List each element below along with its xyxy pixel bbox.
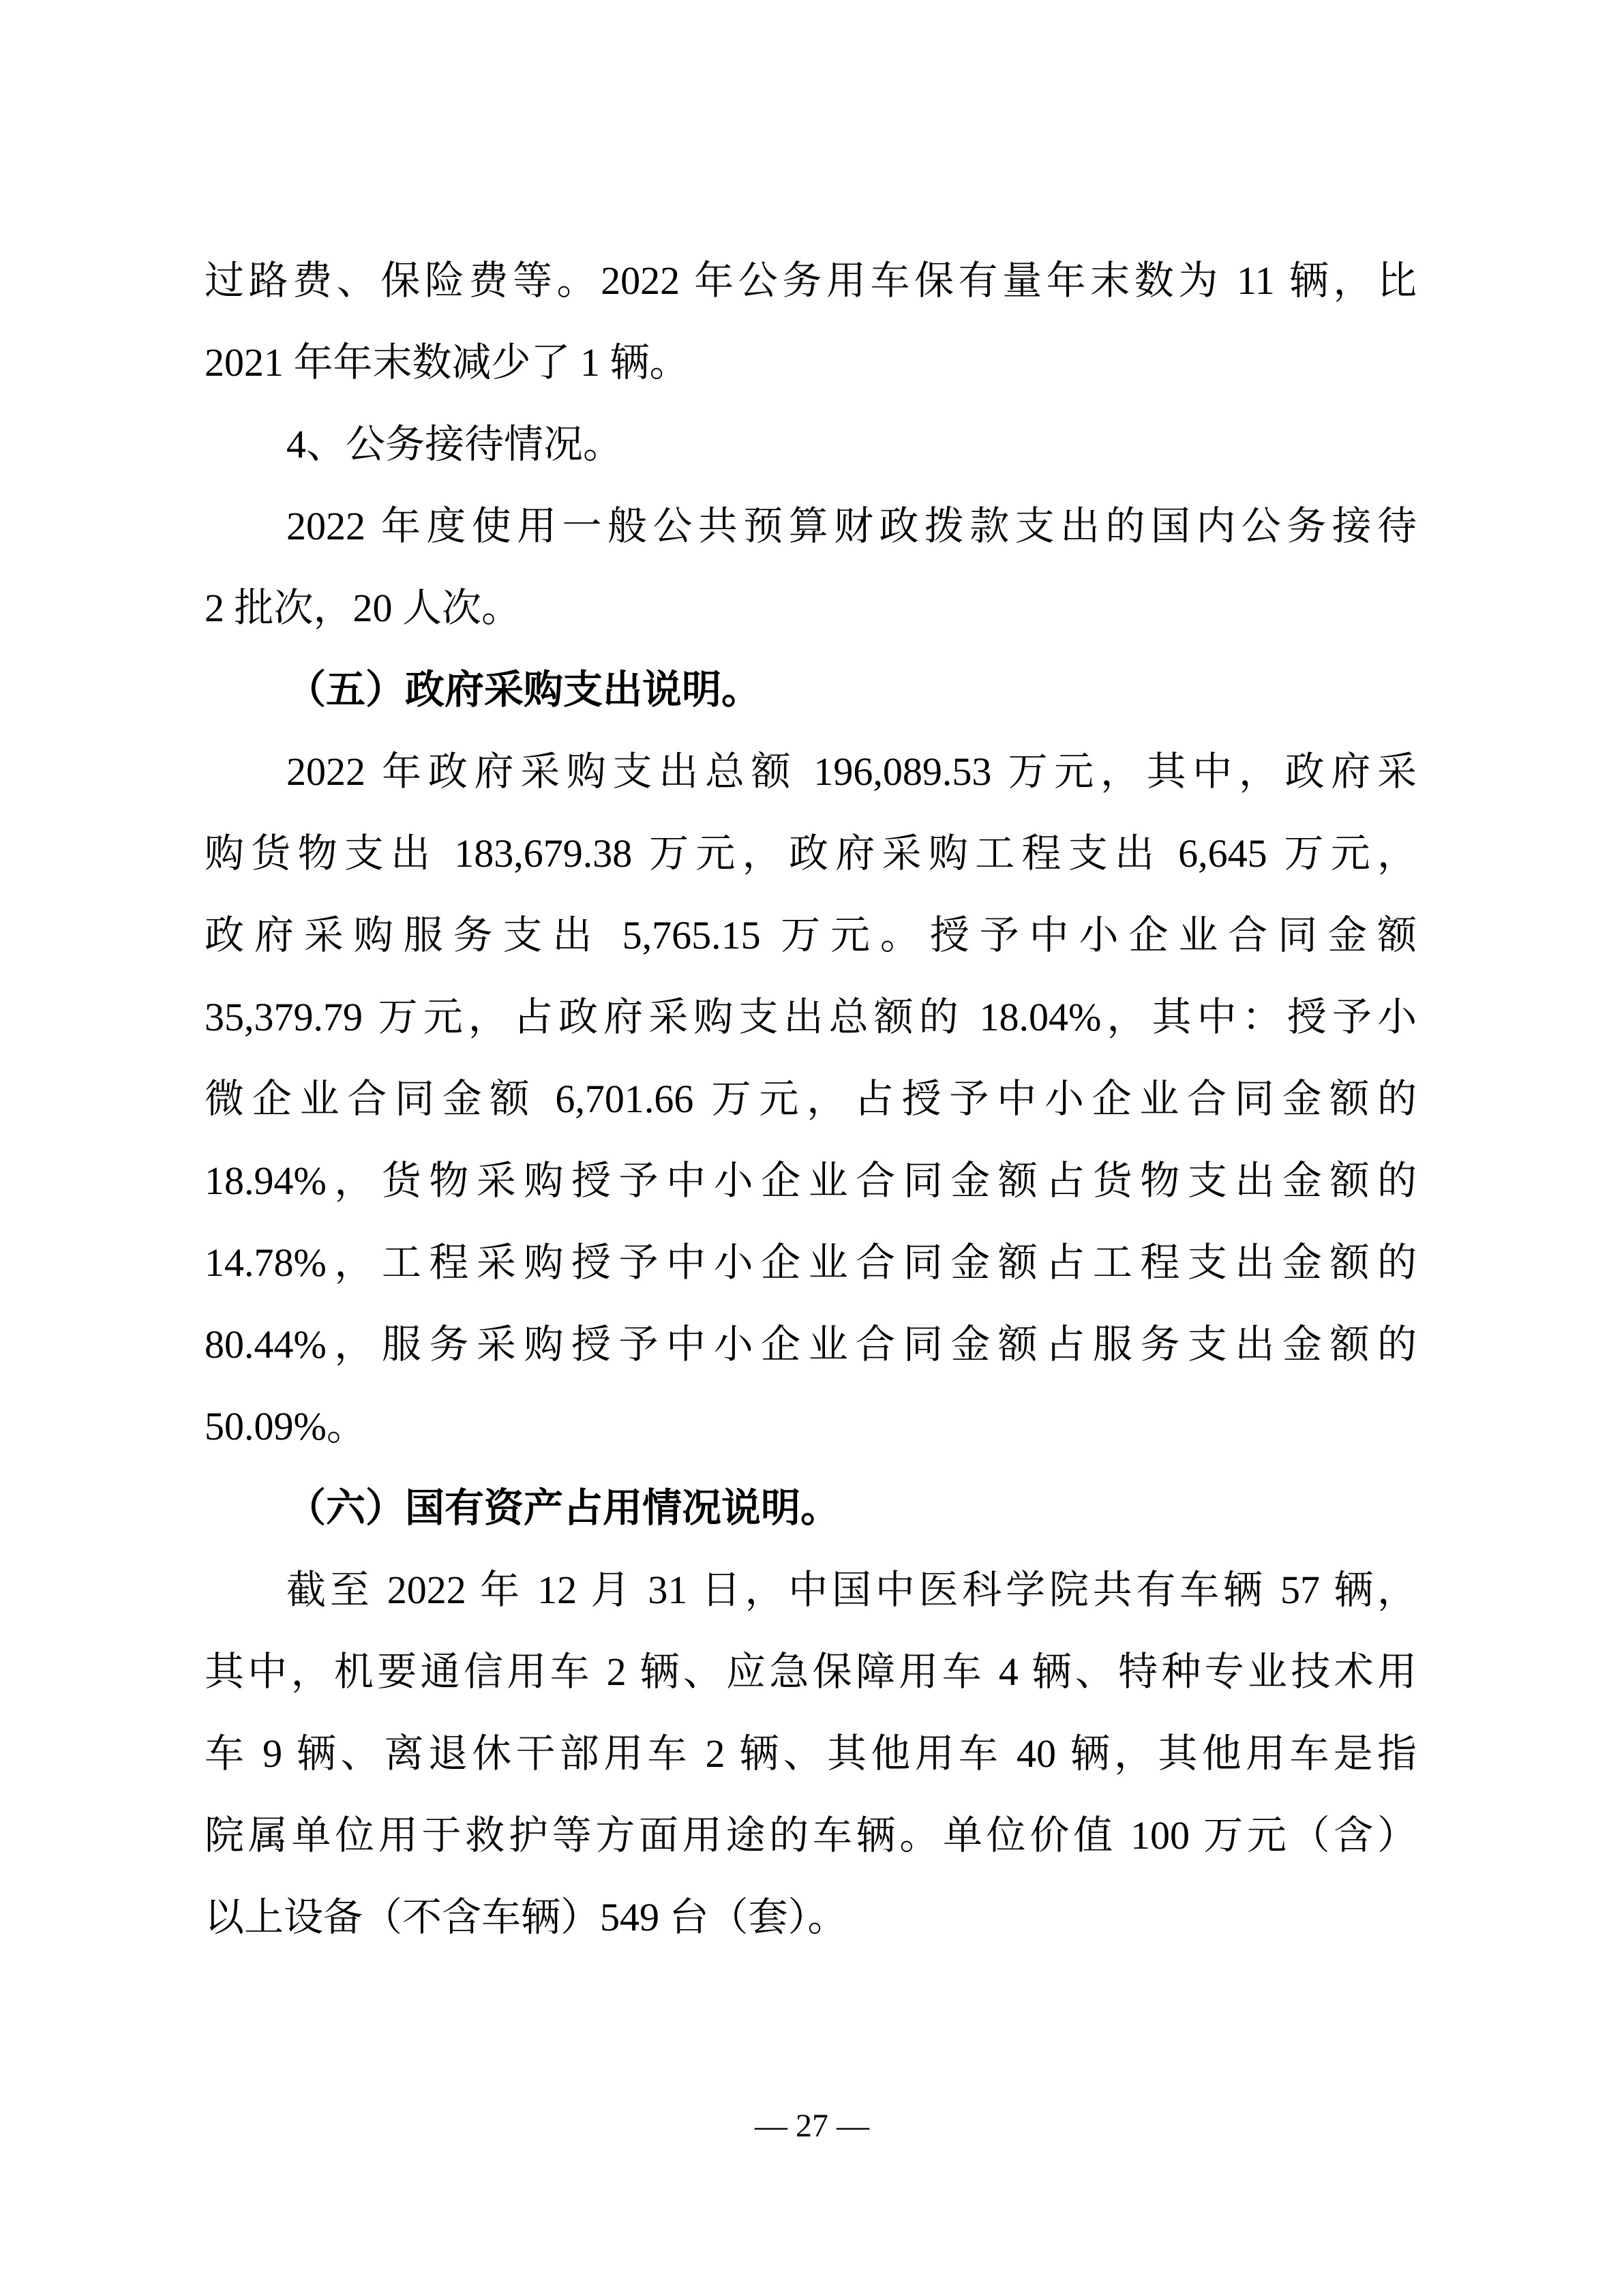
body-line: 18.94%，货物采购授予中小企业合同金额占货物支出金额的 xyxy=(205,1140,1417,1222)
body-line: 截至 2022 年 12 月 31 日，中国中医科学院共有车辆 57 辆， xyxy=(205,1549,1417,1631)
body-line: 2022 年度使用一般公共预算财政拨款支出的国内公务接待 xyxy=(205,486,1417,567)
body-line: 过路费、保险费等。2022 年公务用车保有量年末数为 11 辆，比 xyxy=(205,240,1417,322)
page-number: — 27 — xyxy=(0,2106,1624,2147)
body-line: 14.78%，工程采购授予中小企业合同金额占工程支出金额的 xyxy=(205,1222,1417,1304)
body-line: 微企业合同金额 6,701.66 万元，占授予中小企业合同金额的 xyxy=(205,1058,1417,1140)
document-body: 过路费、保险费等。2022 年公务用车保有量年末数为 11 辆，比 2021 年… xyxy=(205,240,1417,1958)
body-line: 2 批次，20 人次。 xyxy=(205,567,1417,649)
body-line: 50.09%。 xyxy=(205,1386,1417,1467)
body-line: 购货物支出 183,679.38 万元，政府采购工程支出 6,645 万元， xyxy=(205,813,1417,895)
section-heading-6: （六）国有资产占用情况说明。 xyxy=(205,1467,1417,1549)
body-line: 2021 年年末数减少了 1 辆。 xyxy=(205,322,1417,404)
body-line: 政府采购服务支出 5,765.15 万元。授予中小企业合同金额 xyxy=(205,895,1417,976)
item-heading-4: 4、公务接待情况。 xyxy=(205,404,1417,486)
body-line: 院属单位用于救护等方面用途的车辆。单位价值 100 万元（含） xyxy=(205,1795,1417,1877)
body-line: 其中，机要通信用车 2 辆、应急保障用车 4 辆、特种专业技术用 xyxy=(205,1631,1417,1713)
body-line: 35,379.79 万元，占政府采购支出总额的 18.04%，其中：授予小 xyxy=(205,976,1417,1058)
body-line: 80.44%，服务采购授予中小企业合同金额占服务支出金额的 xyxy=(205,1304,1417,1386)
body-line: 以上设备（不含车辆）549 台（套）。 xyxy=(205,1877,1417,1958)
body-line: 车 9 辆、离退休干部用车 2 辆、其他用车 40 辆，其他用车是指 xyxy=(205,1713,1417,1795)
document-page: 过路费、保险费等。2022 年公务用车保有量年末数为 11 辆，比 2021 年… xyxy=(0,0,1624,2296)
body-line: 2022 年政府采购支出总额 196,089.53 万元，其中，政府采 xyxy=(205,731,1417,813)
section-heading-5: （五）政府采购支出说明。 xyxy=(205,649,1417,731)
